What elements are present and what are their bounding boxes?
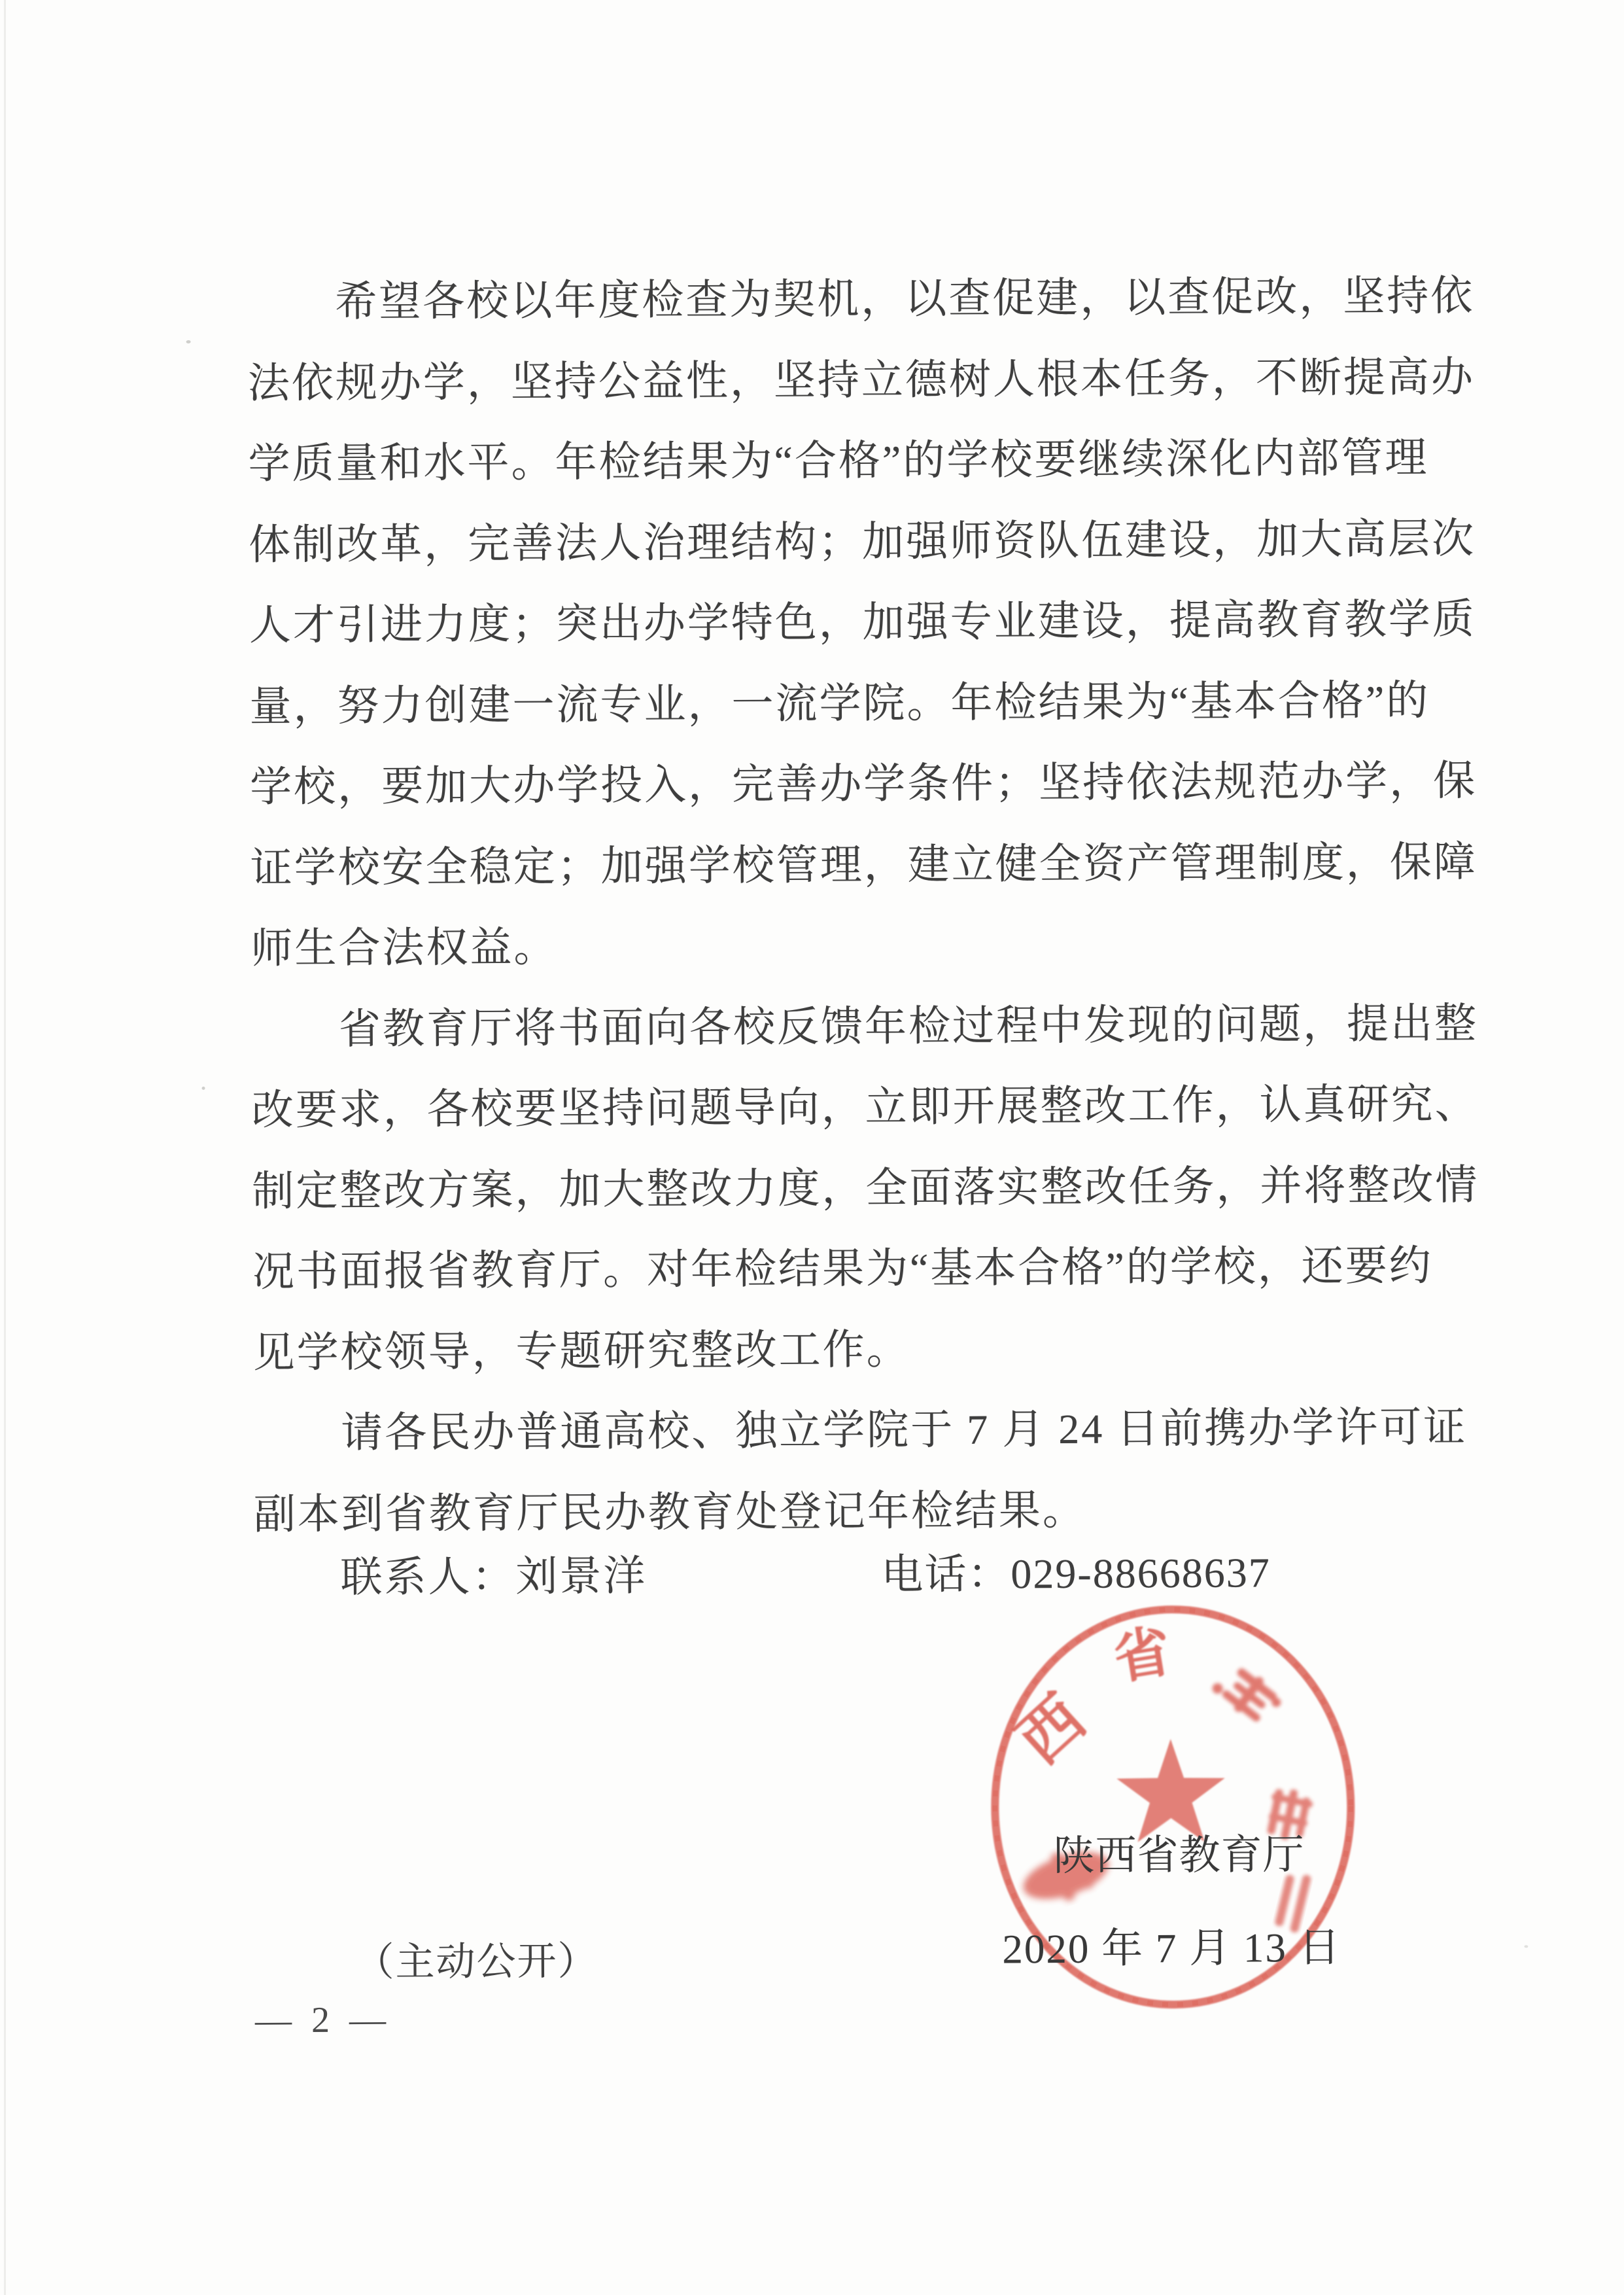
body-line: 师生合法权益。 [251,916,1532,975]
body-line: 见学校领导，专题研究整改工作。 [252,1320,1534,1379]
contact-phone: 电话：029-88668637 [881,1539,1271,1601]
contact-line: 联系人：刘景洋 电话：029-88668637 [254,1537,1536,1603]
scanned-document-page: 希望各校以年度检查为契机，以查促建，以查促改，坚持依 法依规办学，坚持公益性，坚… [0,0,1624,2295]
body-line: 况书面报省教育厅。对年检结果为“基本合格”的学校，还要约 [252,1239,1534,1298]
body-line: 改要求，各校要坚持问题导向，立即开展整改工作，认真研究、 [252,1077,1534,1136]
contact-person: 联系人：刘景洋 [340,1542,647,1603]
body-line: 希望各校以年度检查为契机，以查促建，以查促改，坚持依 [247,270,1617,329]
body-line: 请各民办普通高校、独立学院于 7 月 24 日前携办学许可证 [253,1401,1623,1460]
scan-speck [1524,1945,1528,1948]
body-line: 制定整改方案，加大整改力度，全面落实整改任务，并将整改情 [252,1159,1534,1218]
disclosure-note: （主动公开） [354,1930,598,1988]
body-line: 法依规办学，坚持公益性，坚持立德树人根本任务，不断提高办 [248,351,1530,410]
document-date: 2020 年 7 月 13 日 [1002,1914,1341,1976]
document-content: 希望各校以年度检查为契机，以查促建，以查促改，坚持依 法依规办学，坚持公益性，坚… [0,0,1624,2295]
scan-speck [186,340,191,343]
body-line: 省教育厅将书面向各校反馈年检过程中发现的问题，提出整 [251,997,1621,1057]
seal-smudge [1209,1657,1286,1730]
body-line: 量，努力创建一流专业，一流学院。年检结果为“基本合格”的 [249,674,1531,733]
body-line: 体制改革，完善法人治理结构；加强师资队伍建设，加大高层次 [249,512,1530,571]
issuer-signature: 陕西省教育厅 [1053,1821,1304,1882]
body-line: 副本到省教育厅民办教育处登记年检结果。 [254,1482,1536,1541]
scan-speck [202,1087,205,1090]
seal-ring-char: 省 [1109,1620,1175,1691]
page-number: — 2 — [255,1999,391,2041]
seal-ring-char: 西 [1005,1683,1098,1777]
body-line: 学质量和水平。年检结果为“合格”的学校要继续深化内部管理 [248,431,1530,490]
body-line: 人才引进力度；突出办学特色，加强专业建设，提高教育教学质 [249,593,1531,652]
body-line: 学校，要加大办学投入，完善办学条件；坚持依法规范办学，保 [250,754,1532,813]
body-line: 证学校安全稳定；加强学校管理，建立健全资产管理制度，保障 [251,835,1532,894]
